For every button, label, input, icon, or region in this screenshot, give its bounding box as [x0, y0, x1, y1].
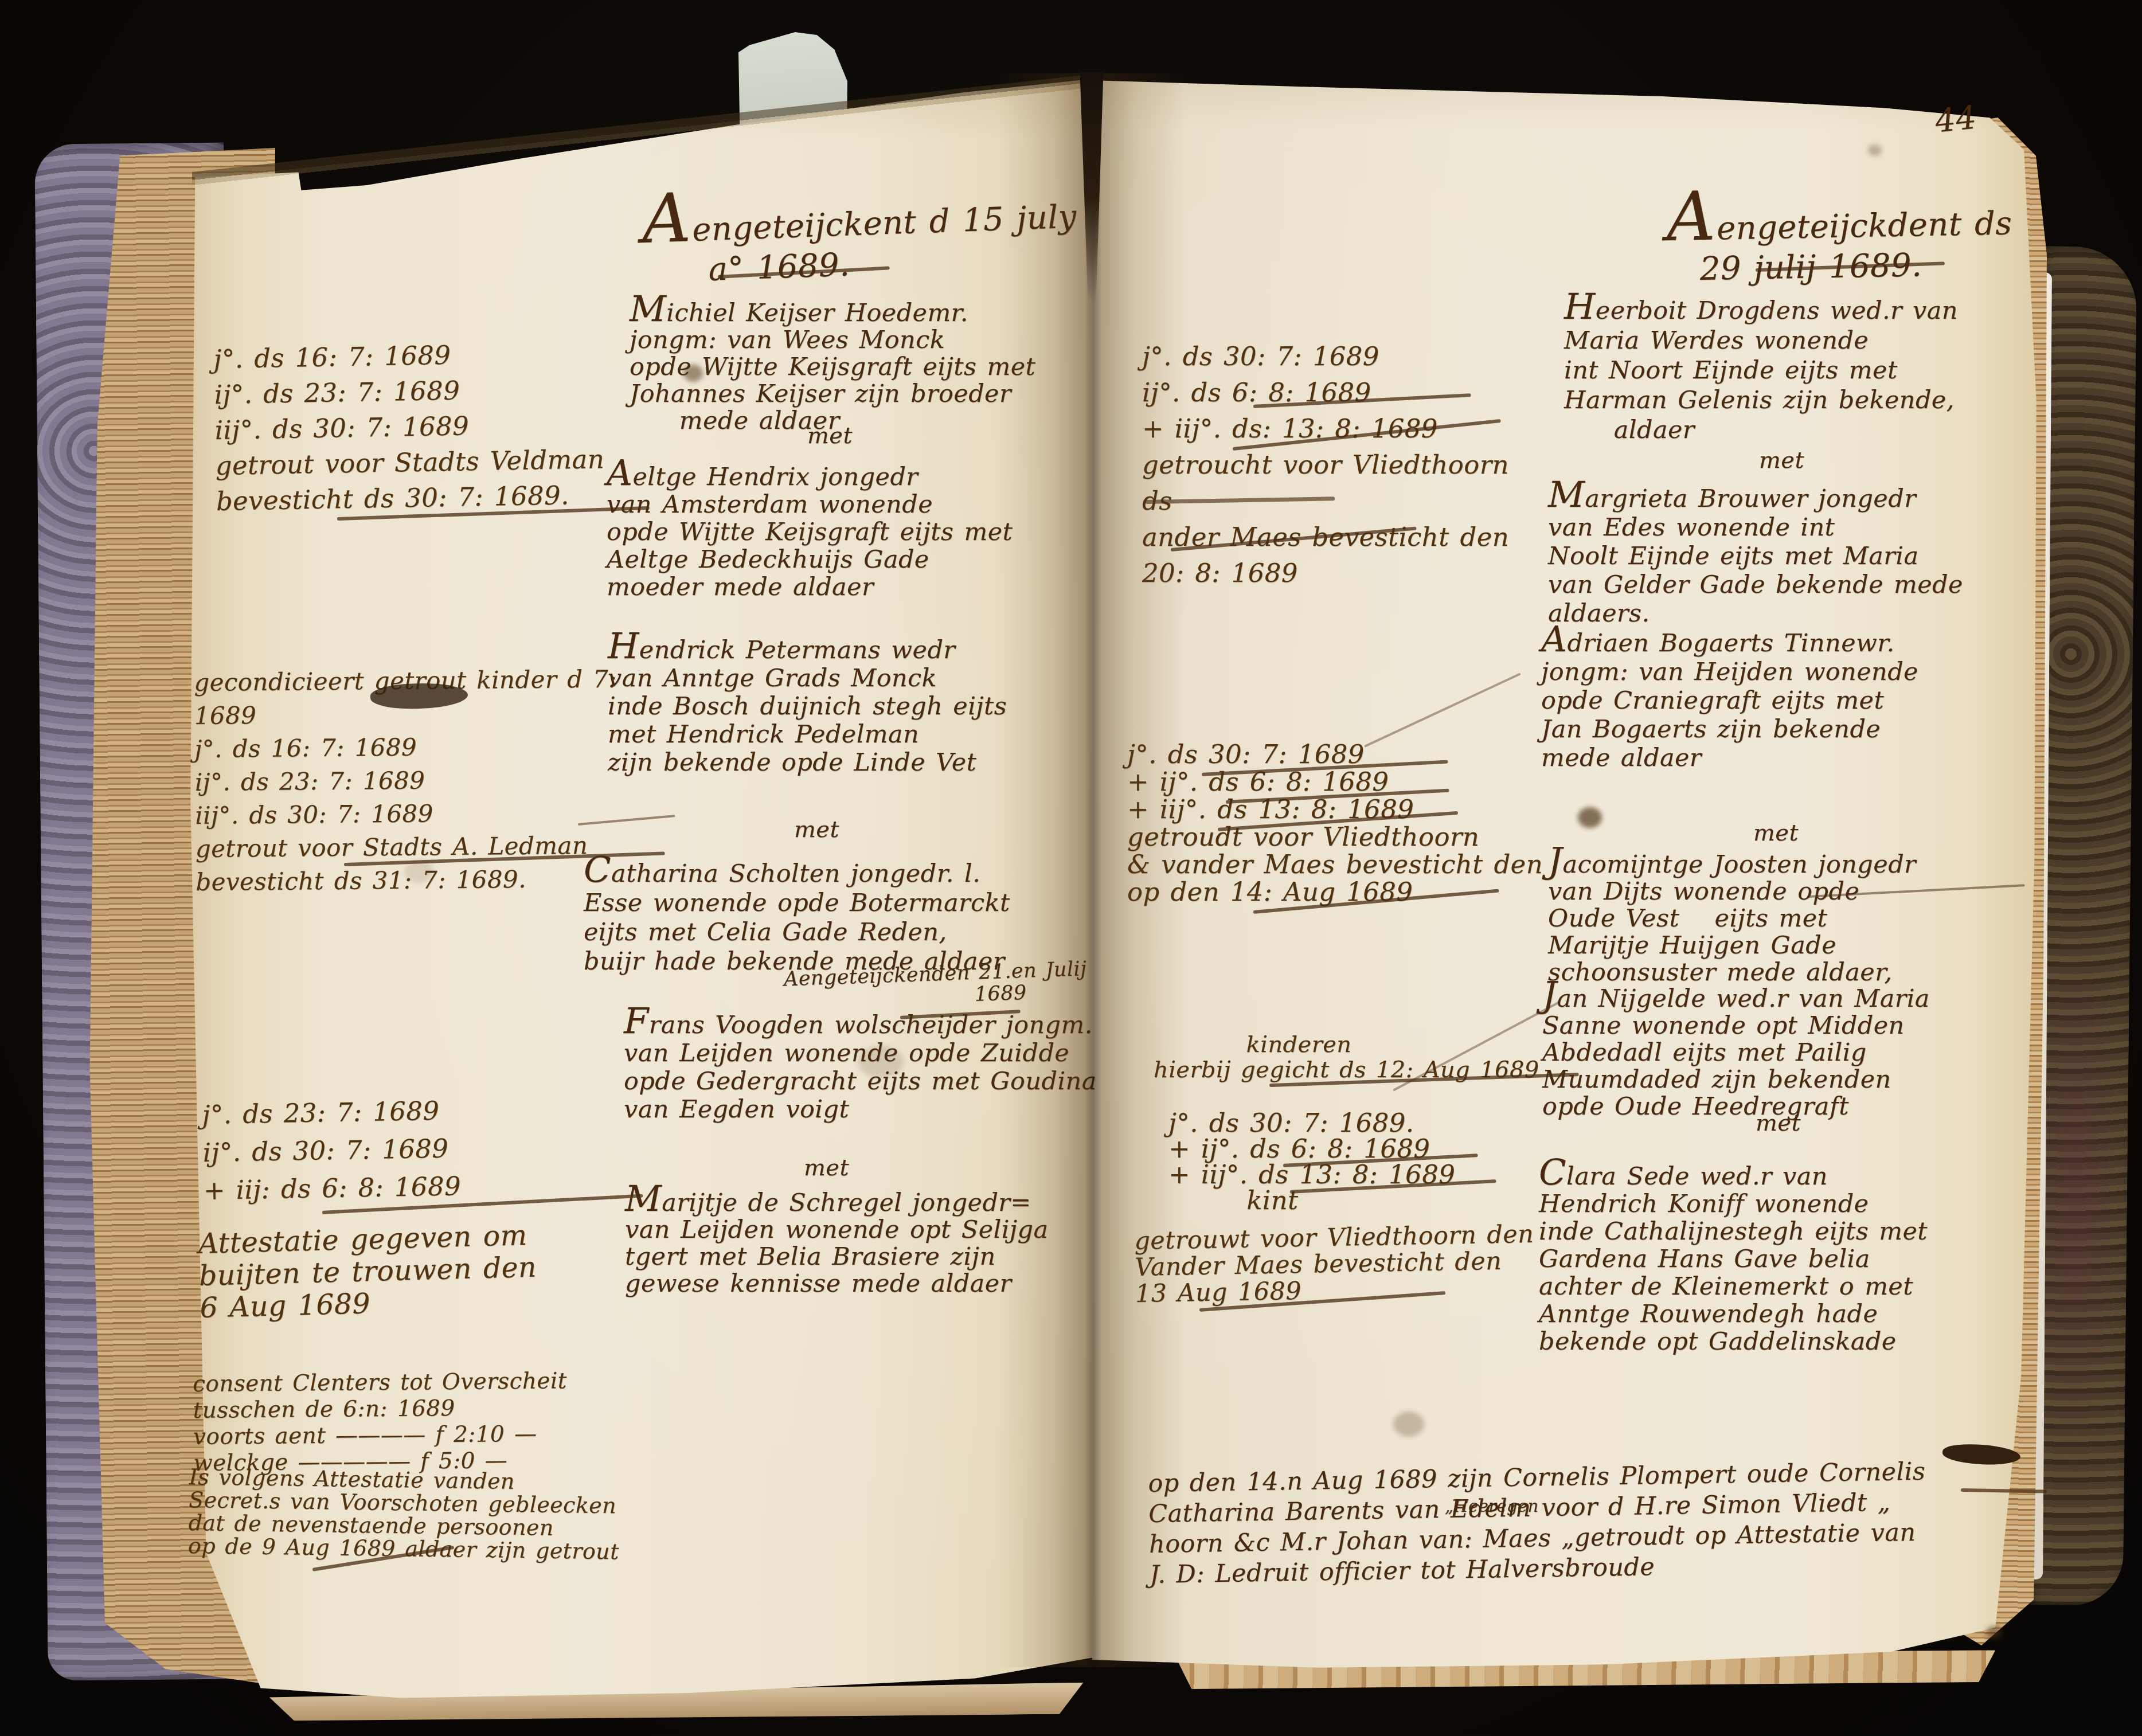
stain [1393, 1412, 1424, 1437]
stain [405, 860, 433, 883]
entry-groom-adriaen-bogaerts: Adriaen Bogaerts Tinnewr. jongm: van Hei… [1541, 625, 2046, 772]
entry-groom-jan-nijgelde: Jan Nijgelde wed.r van Maria Sanne wonen… [1542, 980, 2047, 1120]
stain [1578, 807, 1602, 828]
separator-met: met [804, 1155, 849, 1181]
separator-met: met [1756, 1110, 1801, 1136]
separator-met: met [807, 423, 853, 449]
entry-bride-margrieta-brouwer: Margrieta Brouwer jongedr van Edes wonen… [1548, 480, 2047, 628]
bottom-marriage-attestation-note: op den 14.n Aug 1689 zijn Cornelis Plomp… [1148, 1455, 2055, 1590]
separator-met: met [1753, 820, 1799, 846]
stain [683, 365, 703, 382]
separator-met: met [794, 816, 839, 843]
entry-groom-michiel-keijser: Michiel Keijser Hoedemr. jongm: van Wees… [630, 295, 1100, 435]
stain [1986, 1626, 2002, 1640]
page-number: 44 [1933, 99, 1978, 140]
margin-banns-dates-1: j°. ds 16: 7: 1689 ij°. ds 23: 7: 1689 i… [213, 334, 629, 519]
margin-banns-dates-1: j°. ds 30: 7: 1689 ij°. ds 6: 8: 1689 + … [1142, 338, 1543, 591]
entry-groom-hendrick-petermans: Hendrick Petermans wedr van Anntge Grads… [608, 632, 1101, 777]
entry-bride-clara-sede: Clara Sede wed.r van Hendrich Koniff won… [1539, 1158, 2049, 1355]
margin-banns-dates-3: j°. ds 23: 7: 1689 ij°. ds 30: 7: 1689 +… [202, 1089, 616, 1210]
entry-bride-aeltge-hendrix: Aeltge Hendrix jongedr van Amsterdam won… [607, 459, 1100, 601]
stain [1868, 144, 1882, 156]
separator-met: met [1759, 447, 1804, 474]
entry-bride-catharina-scholten: Catharina Scholten jongedr. l. Esse wone… [584, 855, 1100, 976]
stain [858, 1046, 904, 1078]
entry-groom-heerboit-drogdens: Heerboit Drogdens wed.r van Maria Werdes… [1564, 292, 2051, 445]
photo-of-open-register-book: 44 Aengeteijckent d 15 july a° 1689. j°.… [0, 0, 2142, 1736]
left-page-heading: Aengeteijckent d 15 july a° 1689. [641, 177, 1097, 292]
right-page-heading: Aengeteijckdent ds 29 julij 1689. [1666, 183, 2046, 290]
margin-attestation-note: Attestatie gegeven om buijten te trouwen… [198, 1217, 613, 1324]
entry-bride-marijtje-de-schregel: Marijtje de Schregel jongedr= van Leijde… [625, 1184, 1129, 1297]
inserted-correction-word: „Heeregen [1445, 1496, 1539, 1516]
entry-bride-jacomijntge-joosten: Jacomijntge Joosten jongedr van Dijts wo… [1548, 846, 2047, 986]
margin-consent-fees-note: consent Clenters tot Overscheit tusschen… [193, 1367, 687, 1476]
margin-married-13-aug-note: getrouwt voor Vliedthoorn den Vander Mae… [1134, 1221, 1571, 1307]
